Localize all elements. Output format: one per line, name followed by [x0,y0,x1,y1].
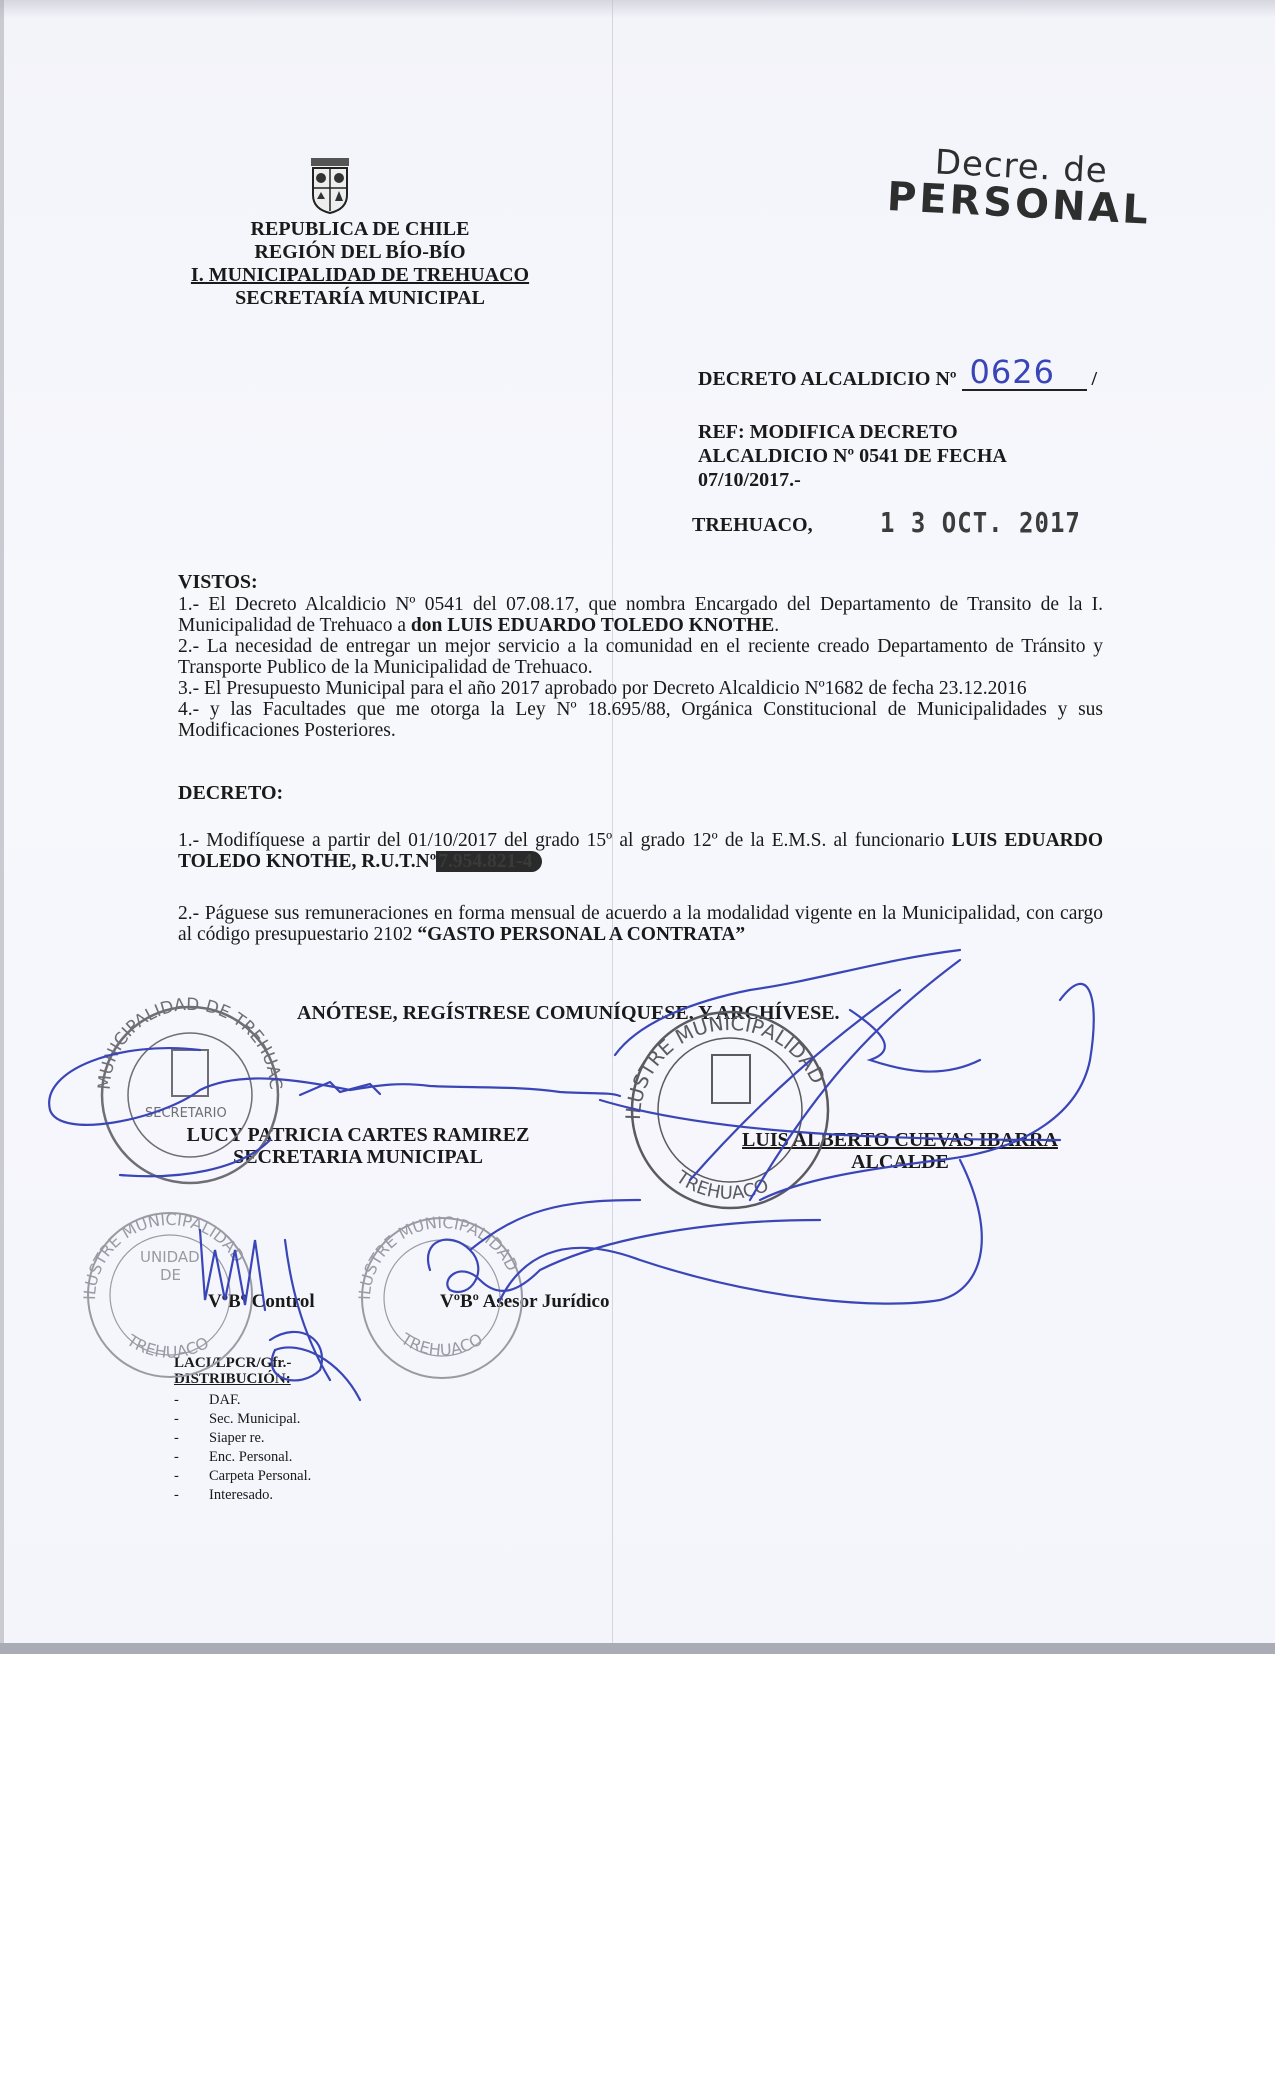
distribution-item: -Carpeta Personal. [174,1467,311,1486]
closing-formula: ANÓTESE, REGÍSTRESE COMUNÍQUESE, Y ARCHÍ… [297,1002,840,1025]
header-line-municipality: I. MUNICIPALIDAD DE TREHUACO [180,264,540,287]
secretary-name: LUCY PATRICIA CARTES RAMIREZ [178,1124,538,1146]
header-line-country: REPUBLICA DE CHILE [180,218,540,241]
header-line-office: SECRETARÍA MUNICIPAL [180,287,540,310]
distribution-item: -Interesado. [174,1486,311,1505]
vistos-item-4: 4.- y las Facultades que me otorga la Le… [178,699,1103,741]
vistos-item-2: 2.- La necesidad de entregar un mejor se… [178,636,1103,678]
redacted-rut: 7.954.821-4 [436,851,542,872]
date-stamp: 1 3 OCT. 2017 [880,507,1081,539]
personal-rubber-stamp: Decre. de PERSONAL [886,140,1154,234]
distribution-item: -Sec. Municipal. [174,1410,311,1429]
vistos-list: 1.- El Decreto Alcaldicio Nº 0541 del 07… [178,594,1103,741]
header-line-region: REGIÓN DEL BÍO-BÍO [180,241,540,264]
institution-header: REPUBLICA DE CHILE REGIÓN DEL BÍO-BÍO I.… [180,218,540,310]
secretary-signature-block: LUCY PATRICIA CARTES RAMIREZ SECRETARIA … [178,1124,538,1168]
vistos-heading: VISTOS: [178,571,258,594]
distribution-item: -Siaper re. [174,1429,311,1448]
reference-block: REF: MODIFICA DECRETO ALCALDICIO Nº 0541… [698,420,1098,492]
secretary-title: SECRETARIA MUNICIPAL [178,1146,538,1168]
distribution-item: -Enc. Personal. [174,1448,311,1467]
mayor-signature-block: LUIS ALBERTO CUEVAS IBARRA ALCALDE [720,1129,1080,1173]
decree-number-slash: / [1092,368,1098,390]
vb-legal-advisor: VºBº Asesor Jurídico [440,1291,609,1313]
distribution-heading: DISTRIBUCIÓN: [174,1371,291,1387]
scan-top-shadow [0,0,1275,18]
distribution-item: -DAF. [174,1391,311,1410]
handwritten-decree-number: 0626 [970,353,1055,391]
scan-bottom-edge [0,1643,1275,1654]
initials-block: LACI/LPCR/Gfr.- DISTRIBUCIÓN: [174,1355,291,1387]
mayor-title: ALCALDE [720,1151,1080,1173]
drafter-initials: LACI/LPCR/Gfr.- [174,1355,291,1371]
coat-of-arms-icon [305,157,355,215]
vb-control: VºBº Control [208,1291,315,1313]
fold-line [612,0,613,1643]
vistos-item-1: 1.- El Decreto Alcaldicio Nº 0541 del 07… [178,594,1103,636]
ref-line-2: ALCALDICIO Nº 0541 DE FECHA [698,444,1098,468]
ref-line-1: REF: MODIFICA DECRETO [698,420,1098,444]
vistos-item-3: 3.- El Presupuesto Municipal para el año… [178,678,1103,699]
decreto-item-2: 2.- Páguese sus remuneraciones en forma … [178,903,1103,945]
mayor-name: LUIS ALBERTO CUEVAS IBARRA [720,1129,1080,1151]
place: TREHUACO, [692,514,813,537]
ref-line-3: 07/10/2017.- [698,468,1098,492]
decree-number-field: 0626 [962,369,1087,391]
distribution-list: -DAF. -Sec. Municipal. -Siaper re. -Enc.… [174,1391,311,1505]
decree-number: DECRETO ALCALDICIO Nº 0626 / [698,368,1097,391]
decreto-item-1: 1.- Modifíquese a partir del 01/10/2017 … [178,830,1103,872]
decree-number-label: DECRETO ALCALDICIO Nº [698,368,957,390]
decreto-heading: DECRETO: [178,782,283,805]
